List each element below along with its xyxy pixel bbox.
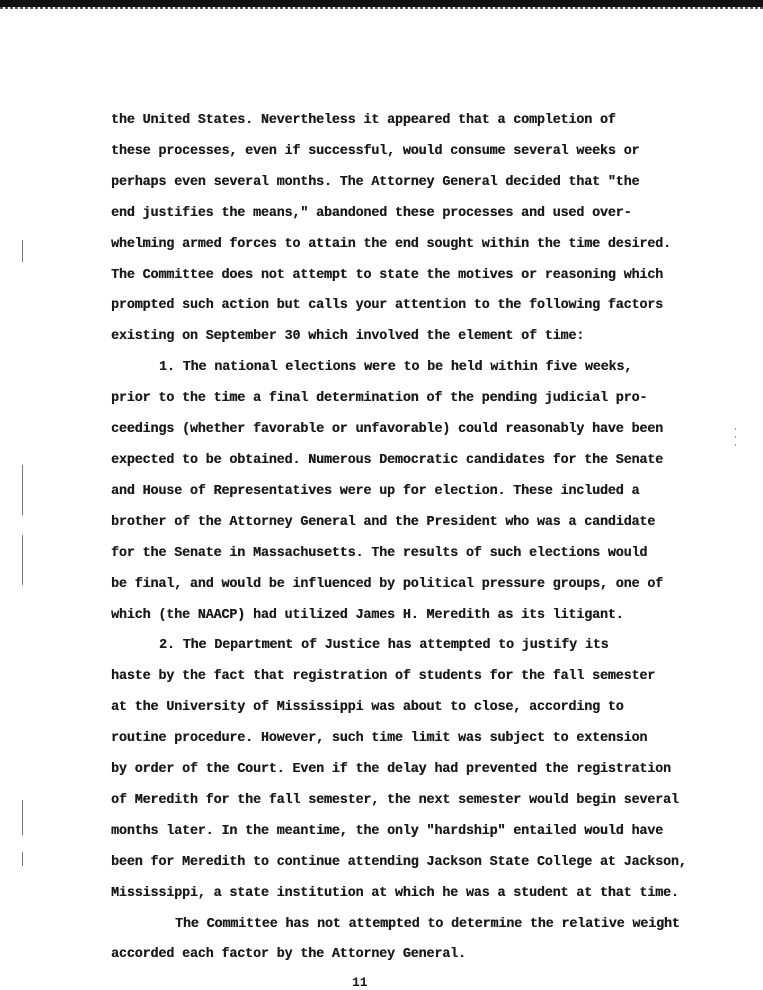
scan-margin-mark [22, 535, 23, 585]
scan-margin-mark [22, 800, 23, 835]
text-line: expected to be obtained. Numerous Democr… [111, 446, 681, 477]
paragraph-start: The Committee has not attempted to deter… [111, 910, 681, 941]
text-line: which (the NAACP) had utilized James H. … [111, 601, 681, 632]
text-line: of Meredith for the fall semester, the n… [111, 786, 681, 817]
scan-margin-mark [22, 852, 23, 866]
text-line: these processes, even if successful, wou… [111, 137, 681, 168]
text-line: months later. In the meantime, the only … [111, 817, 681, 848]
numbered-paragraph-start: 2. The Department of Justice has attempt… [111, 631, 681, 662]
text-line: whelming armed forces to attain the end … [111, 230, 681, 261]
text-line: ceedings (whether favorable or unfavorab… [111, 415, 681, 446]
scan-speck [735, 436, 736, 438]
text-line: the United States. Nevertheless it appea… [111, 106, 681, 137]
scan-margin-mark [22, 240, 23, 262]
text-line: by order of the Court. Even if the delay… [111, 755, 681, 786]
page-number: 11 [352, 975, 368, 990]
text-line: be final, and would be influenced by pol… [111, 570, 681, 601]
scan-margin-mark [22, 465, 23, 515]
text-line: accorded each factor by the Attorney Gen… [111, 940, 681, 971]
document-body: the United States. Nevertheless it appea… [111, 106, 681, 971]
text-line: brother of the Attorney General and the … [111, 508, 681, 539]
text-line: routine procedure. However, such time li… [111, 724, 681, 755]
text-line: The Committee does not attempt to state … [111, 261, 681, 292]
text-line: prior to the time a final determination … [111, 384, 681, 415]
text-line: end justifies the means," abandoned thes… [111, 199, 681, 230]
numbered-paragraph-start: 1. The national elections were to be hel… [111, 353, 681, 384]
text-line: at the University of Mississippi was abo… [111, 693, 681, 724]
text-line: Mississippi, a state institution at whic… [111, 879, 681, 910]
text-line: and House of Representatives were up for… [111, 477, 681, 508]
scan-top-border [0, 0, 763, 7]
text-line: been for Meredith to continue attending … [111, 848, 681, 879]
text-line: existing on September 30 which involved … [111, 322, 681, 353]
text-line: haste by the fact that registration of s… [111, 662, 681, 693]
scan-speck [735, 444, 736, 446]
text-line: perhaps even several months. The Attorne… [111, 168, 681, 199]
text-line: prompted such action but calls your atte… [111, 291, 681, 322]
text-line: for the Senate in Massachusetts. The res… [111, 539, 681, 570]
scan-speck [735, 428, 736, 430]
